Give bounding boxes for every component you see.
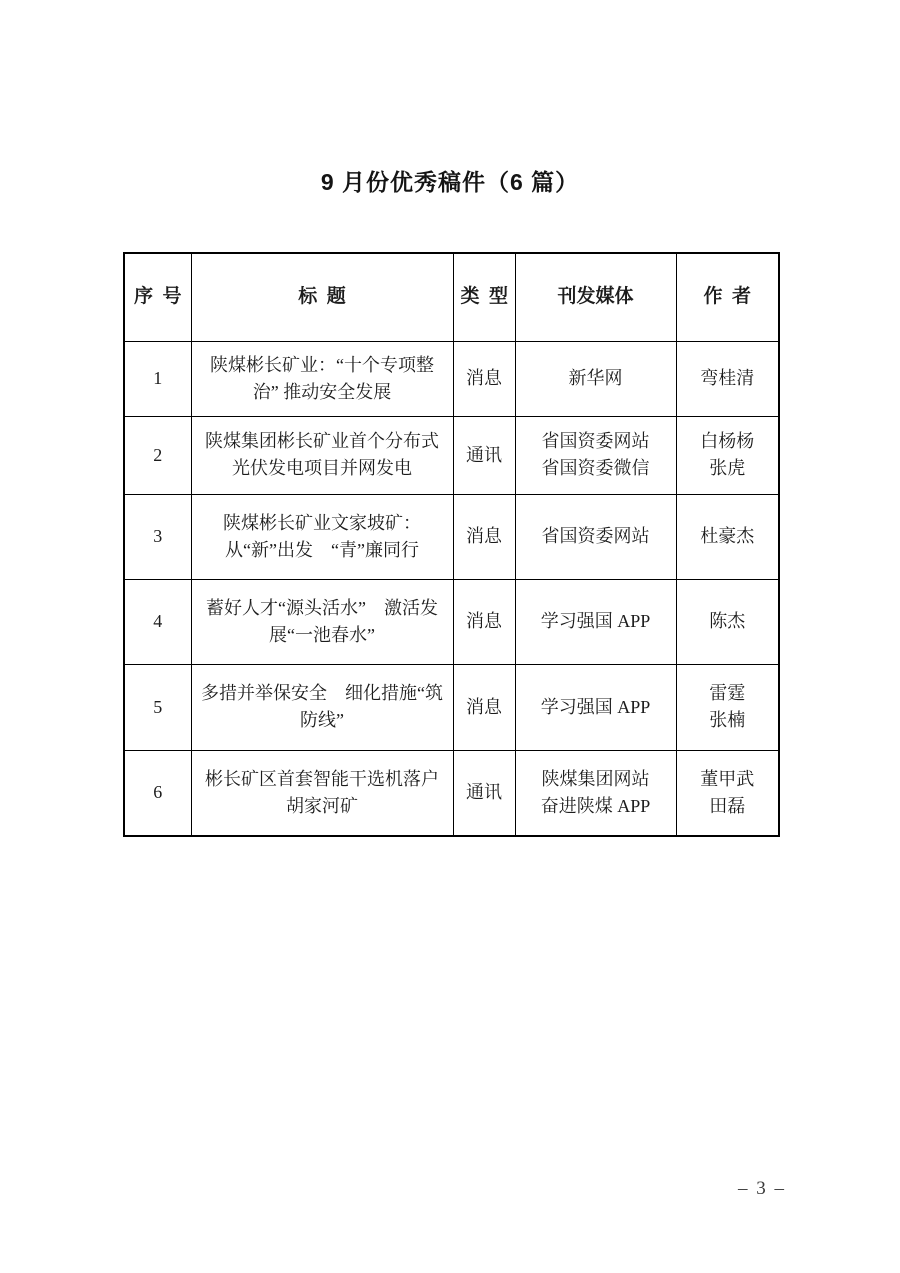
cell-type: 通讯 [453,416,515,494]
media-line: 省国资委网站 [523,428,669,455]
cell-author: 弯桂清 [676,341,779,416]
media-line: 省国资委网站 [523,523,669,550]
cell-no: 2 [124,416,191,494]
cell-media: 学习强国 APP [515,579,676,664]
cell-title: 陕煤彬长矿业：“十个专项整治” 推动安全发展 [191,341,453,416]
cell-author: 董甲武 田磊 [676,750,779,836]
cell-author: 陈杰 [676,579,779,664]
cell-author: 雷霆 张楠 [676,664,779,750]
cell-type: 通讯 [453,750,515,836]
author-line: 张楠 [684,707,772,734]
document-page: 9 月份优秀稿件（6 篇） 序 号 标 题 类 型 刊发媒体 作 者 1 陕煤彬… [0,0,900,1273]
cell-type: 消息 [453,341,515,416]
author-line: 弯桂清 [684,365,772,392]
document-title: 9 月份优秀稿件（6 篇） [0,164,900,197]
cell-media: 陕煤集团网站 奋进陕煤 APP [515,750,676,836]
cell-title: 蓄好人才“源头活水” 激活发展“一池春水” [191,579,453,664]
page-number: – 3 – [722,1178,802,1200]
header-cell-media: 刊发媒体 [515,253,676,341]
media-line: 学习强国 APP [523,608,669,635]
author-line: 杜豪杰 [684,523,772,550]
table-row: 1 陕煤彬长矿业：“十个专项整治” 推动安全发展 消息 新华网 弯桂清 [124,341,779,416]
cell-no: 5 [124,664,191,750]
media-line: 学习强国 APP [523,694,669,721]
cell-media: 新华网 [515,341,676,416]
author-line: 雷霆 [684,680,772,707]
media-line: 陕煤集团网站 [523,766,669,793]
media-line: 新华网 [523,365,669,392]
header-cell-title: 标 题 [191,253,453,341]
table-row: 6 彬长矿区首套智能干选机落户胡家河矿 通讯 陕煤集团网站 奋进陕煤 APP 董… [124,750,779,836]
cell-media: 省国资委网站 [515,494,676,579]
header-cell-no: 序 号 [124,253,191,341]
articles-table: 序 号 标 题 类 型 刊发媒体 作 者 1 陕煤彬长矿业：“十个专项整治” 推… [123,252,780,837]
cell-title: 彬长矿区首套智能干选机落户胡家河矿 [191,750,453,836]
cell-title: 陕煤彬长矿业文家坡矿：从“新”出发 “青”廉同行 [191,494,453,579]
author-line: 白杨杨 [684,428,772,455]
media-line: 奋进陕煤 APP [523,793,669,820]
table-row: 2 陕煤集团彬长矿业首个分布式光伏发电项目并网发电 通讯 省国资委网站 省国资委… [124,416,779,494]
cell-no: 6 [124,750,191,836]
header-cell-type: 类 型 [453,253,515,341]
cell-title: 陕煤集团彬长矿业首个分布式光伏发电项目并网发电 [191,416,453,494]
cell-no: 1 [124,341,191,416]
cell-type: 消息 [453,579,515,664]
cell-media: 省国资委网站 省国资委微信 [515,416,676,494]
table-row: 3 陕煤彬长矿业文家坡矿：从“新”出发 “青”廉同行 消息 省国资委网站 杜豪杰 [124,494,779,579]
cell-no: 3 [124,494,191,579]
table-row: 4 蓄好人才“源头活水” 激活发展“一池春水” 消息 学习强国 APP 陈杰 [124,579,779,664]
cell-no: 4 [124,579,191,664]
table-row: 5 多措并举保安全 细化措施“筑防线” 消息 学习强国 APP 雷霆 张楠 [124,664,779,750]
media-line: 省国资委微信 [523,455,669,482]
cell-author: 杜豪杰 [676,494,779,579]
cell-type: 消息 [453,664,515,750]
table-header-row: 序 号 标 题 类 型 刊发媒体 作 者 [124,253,779,341]
cell-type: 消息 [453,494,515,579]
author-line: 张虎 [684,455,772,482]
author-line: 田磊 [684,793,772,820]
header-cell-author: 作 者 [676,253,779,341]
cell-title: 多措并举保安全 细化措施“筑防线” [191,664,453,750]
author-line: 陈杰 [684,608,772,635]
author-line: 董甲武 [684,766,772,793]
cell-media: 学习强国 APP [515,664,676,750]
cell-author: 白杨杨 张虎 [676,416,779,494]
